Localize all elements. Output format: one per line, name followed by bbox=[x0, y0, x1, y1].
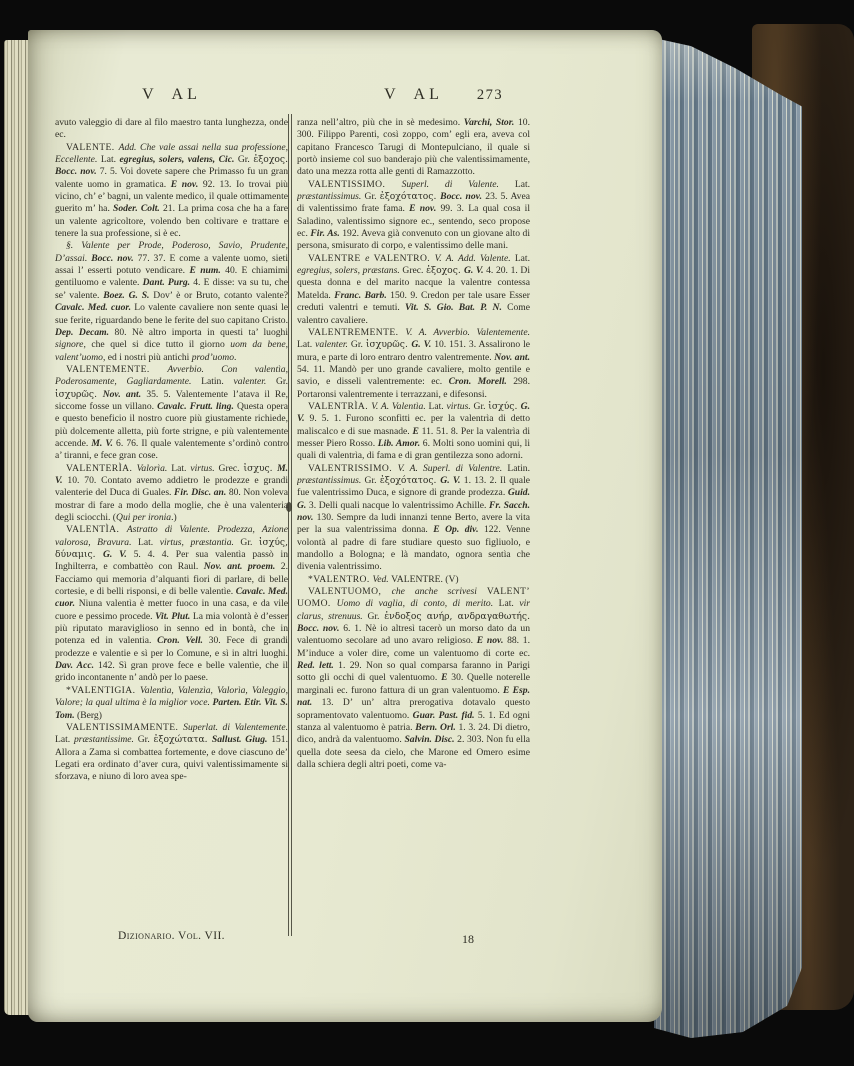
entry-valentrissimo: VALENTRISSIMO. V. A. Superl. di Valentre… bbox=[297, 463, 530, 574]
entry-valentemente: VALENTEMENTE. Avverbio. Con valentìa, Po… bbox=[55, 364, 288, 463]
entry-valentro-cross-reference: *VALENTRO. Ved. VALENTRE. (V) bbox=[297, 574, 530, 586]
text-column-right: ranza nell’altro, più che in sè medesimo… bbox=[297, 117, 530, 941]
running-head-left: V AL bbox=[55, 86, 288, 104]
entry-valenteria: VALENTERÌA. Valorìa. Lat. virtus. Grec. … bbox=[55, 463, 288, 525]
entry-valente: VALENTE. Add. Che vale assai nella sua p… bbox=[55, 142, 288, 241]
entry-valentigia: *VALENTIGIA. Valentìa, Valenzìa, Valorìa… bbox=[55, 685, 288, 722]
entry-valente-per-prode: §. Valente per Prode, Poderoso, Savio, P… bbox=[55, 240, 288, 363]
book-fore-edge-pages bbox=[654, 32, 802, 1038]
continuation-from-left-column: ranza nell’altro, più che in sè medesimo… bbox=[297, 117, 530, 179]
entry-valentria: VALENTRÌA. V. A. Valentìa. Lat. virtus. … bbox=[297, 401, 530, 463]
book-page: V AL V AL 273 avuto valeggio di dare al … bbox=[28, 30, 662, 1022]
sheet-number: 18 bbox=[448, 932, 488, 947]
book-photograph: V AL V AL 273 avuto valeggio di dare al … bbox=[0, 0, 854, 1066]
continuation-from-previous-page: avuto valeggio di dare al filo maestro t… bbox=[55, 117, 288, 142]
entry-valentia: VALENTÌA. Astratto di Valente. Prodezza,… bbox=[55, 524, 288, 684]
page-number: 273 bbox=[460, 87, 520, 104]
entry-valentre-e-valentro: VALENTRE e VALENTRO. V. A. Add. Valente.… bbox=[297, 253, 530, 327]
text-column-left: avuto valeggio di dare al filo maestro t… bbox=[55, 117, 288, 941]
entry-valentuomo: VALENTUOMO, che anche scrivesi VALENT’ U… bbox=[297, 586, 530, 771]
volume-signature: Dizionario. Vol. VII. bbox=[55, 930, 288, 942]
column-divider-rule bbox=[288, 114, 292, 936]
entry-valentissimamente: VALENTISSIMAMENTE. Superlat. di Valentem… bbox=[55, 722, 288, 784]
entry-valentremente: VALENTREMENTE. V. A. Avverbio. Valenteme… bbox=[297, 327, 530, 401]
entry-valentissimo: VALENTISSIMO. Superl. di Valente. Lat. p… bbox=[297, 179, 530, 253]
